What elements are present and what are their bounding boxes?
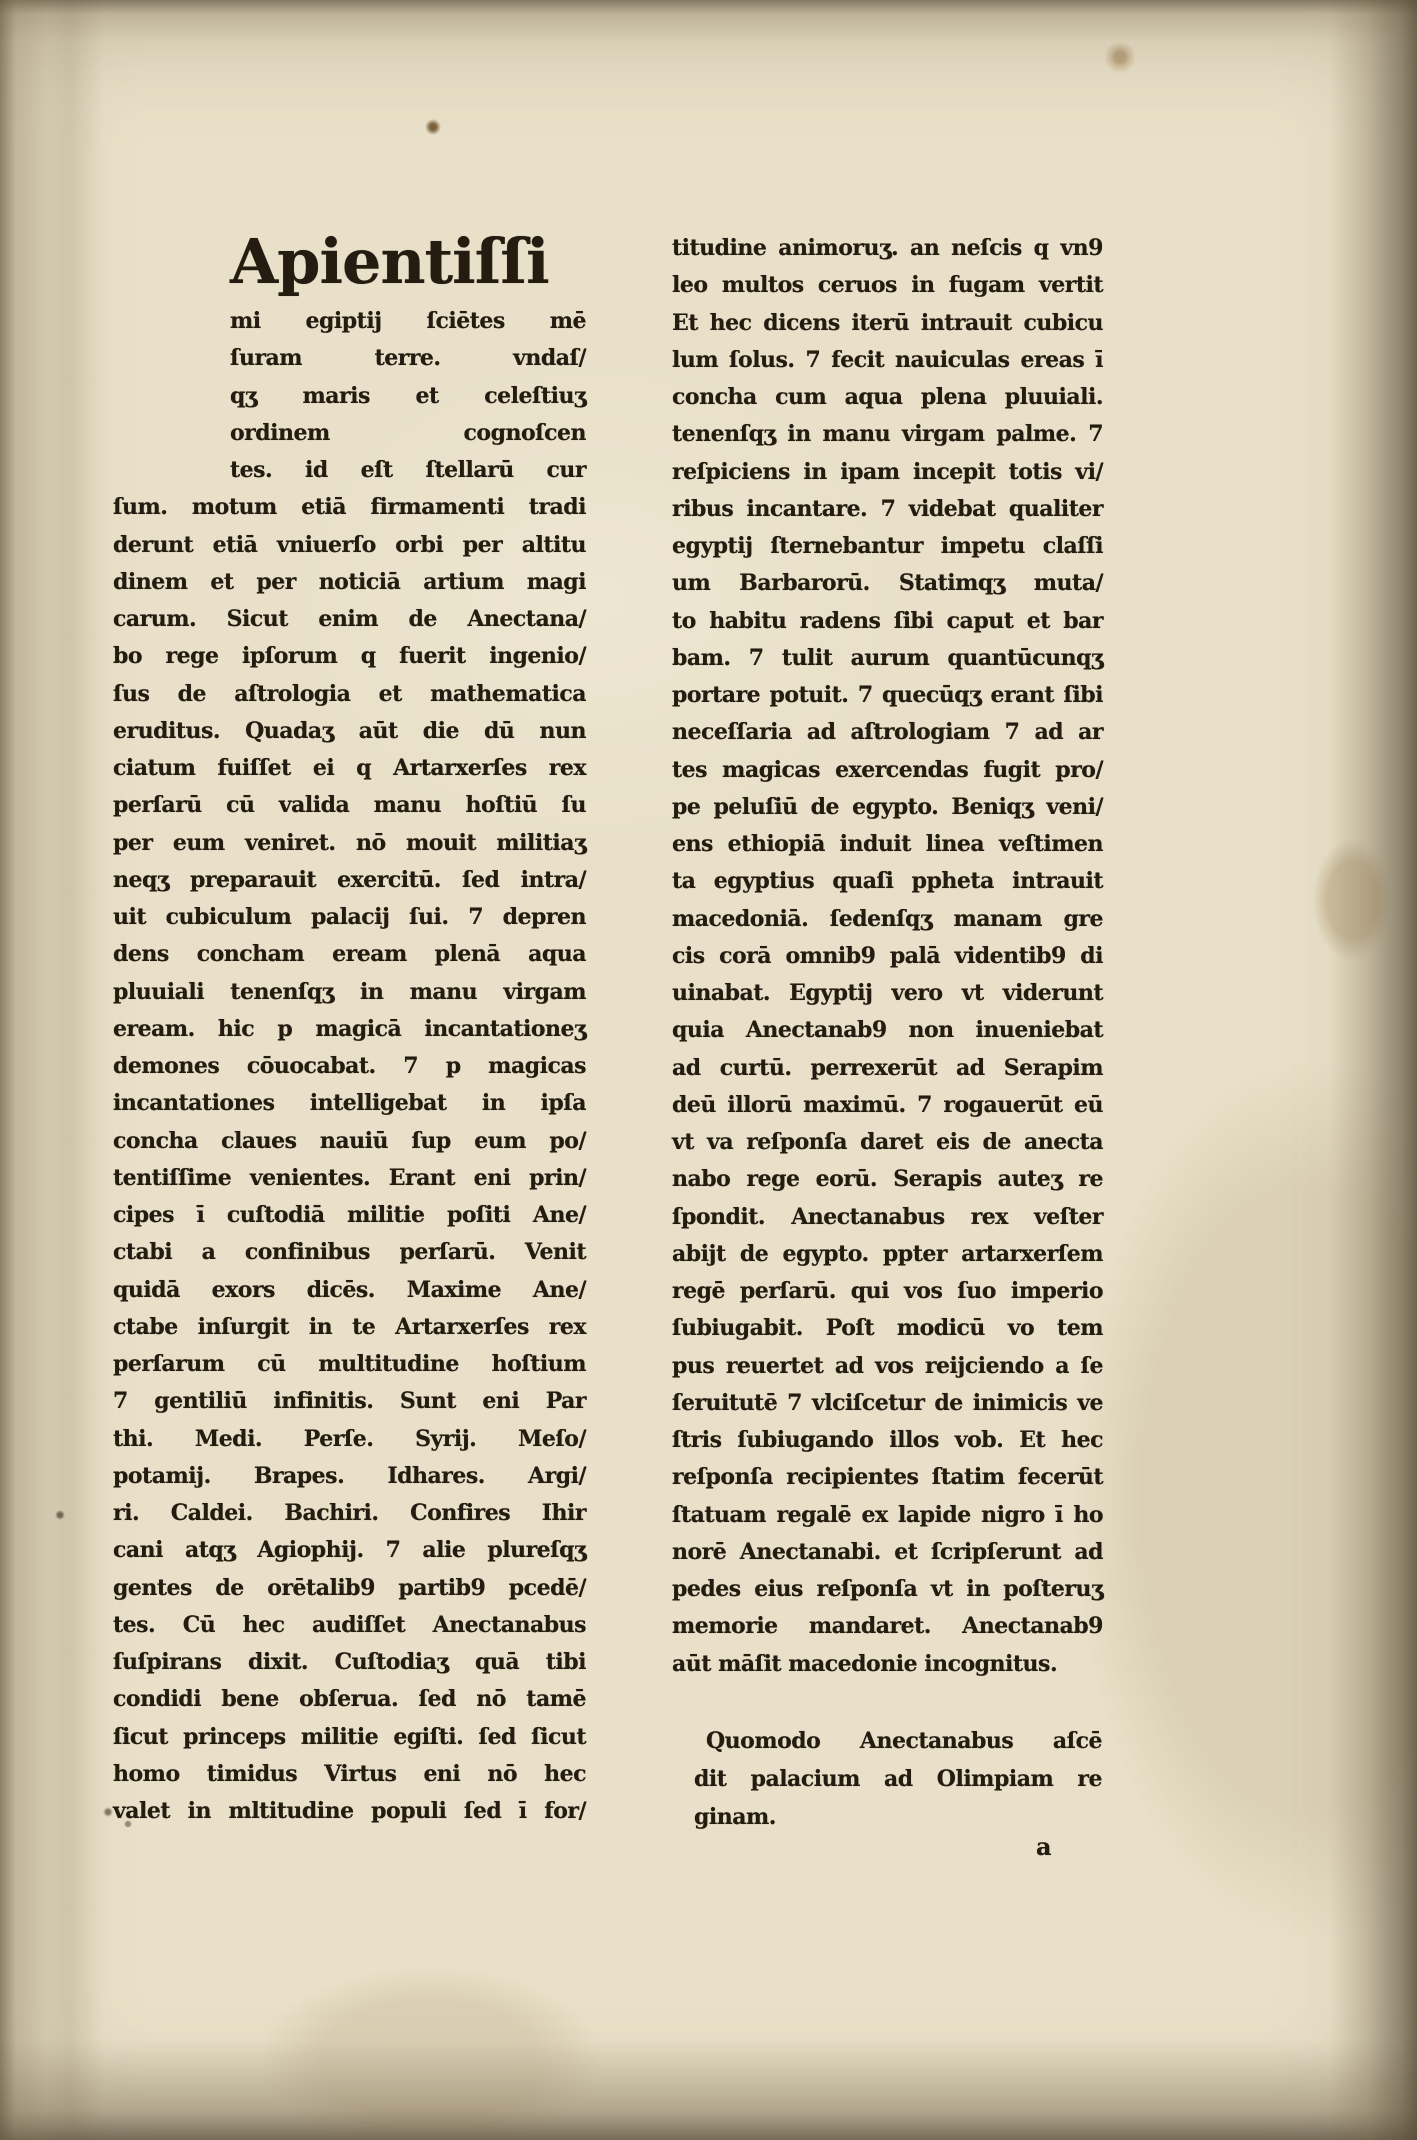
text-line: demones cōuocabat. 7 p magicas — [113, 1048, 586, 1085]
text-line: bo rege ipſorum q fuerit ingenio/ — [113, 638, 586, 675]
text-line: dens concham eream plenā aqua — [113, 936, 586, 973]
text-line: pedes eius reſponſa vt in poſteruʒ — [672, 1571, 1103, 1608]
text-line: ctabi a confinibus perſarū. Venit — [113, 1234, 586, 1271]
text-line: ta egyptius quaſi ppheta intrauit — [672, 863, 1103, 900]
text-line: egyptij ſternebantur impetu claſſi — [672, 528, 1103, 565]
chapter-rubric: Quomodo Anectanabus aſcē dit palacium ad… — [694, 1722, 1102, 1836]
text-line: tenenſqʒ in manu virgam palme. 7 — [672, 416, 1103, 453]
text-line: ordinem cognoſcen — [113, 415, 586, 452]
text-line: condidi bene obſerua. ſed nō tamē — [113, 1681, 586, 1718]
text-line: ſeruitutē 7 vlciſcetur de inimicis ve — [672, 1385, 1103, 1422]
text-line: lum ſolus. 7 fecit nauiculas ereas ī — [672, 342, 1103, 379]
text-line: aūt māſit macedonie incognitus. — [672, 1646, 1103, 1683]
text-line: perſarum cū multitudine hoſtium — [113, 1346, 586, 1383]
text-line: cis corā omnib9 palā videntib9 di — [672, 938, 1103, 975]
text-line: quia Anectanab9 non inueniebat — [672, 1012, 1103, 1049]
text-line: ſuſpirans dixit. Cuſtodiaʒ quā tibi — [113, 1644, 586, 1681]
text-line: ſubiugabit. Poſt modicū vo tem — [672, 1310, 1103, 1347]
text-line: tes magicas exercendas fugit pro/ — [672, 752, 1103, 789]
text-line: concha cum aqua plena pluuiali. — [672, 379, 1103, 416]
text-line: ctabe inſurgit in te Artarxerſes rex — [113, 1309, 586, 1346]
text-line: perſarū cū valida manu hoſtiū ſu — [113, 787, 586, 824]
text-line: ri. Caldei. Bachiri. Confires Ihir — [113, 1495, 586, 1532]
text-line: 7 gentiliū infinitis. Sunt eni Par — [113, 1383, 586, 1420]
text-line: pluuiali tenenſqʒ in manu virgam — [113, 974, 586, 1011]
text-line: ad curtū. perrexerūt ad Serapim — [672, 1050, 1103, 1087]
text-line: tentiſſime venientes. Erant eni prin/ — [113, 1160, 586, 1197]
rubric-line: Quomodo Anectanabus aſcē — [694, 1722, 1102, 1760]
text-line: leo multos ceruos in fugam vertit — [672, 267, 1103, 304]
text-line: quidā exors dicēs. Maxime Ane/ — [113, 1272, 586, 1309]
text-line: ſus de aſtrologia et mathematica — [113, 676, 586, 713]
text-line: um Barbarorū. Statimqʒ muta/ — [672, 565, 1103, 602]
text-line: bam. 7 tulit aurum quantūcunqʒ — [672, 640, 1103, 677]
text-line: abijt de egypto. ppter artarxerſem — [672, 1236, 1103, 1273]
text-line: ſuram terre. vndaſ/ — [113, 340, 586, 377]
text-line: norē Anectanabi. et ſcripſerunt ad — [672, 1534, 1103, 1571]
text-line: vt va reſponſa daret eis de anecta — [672, 1124, 1103, 1161]
text-column-left: Apientiſſi mi egiptij ſciētes mē ſuram t… — [113, 225, 586, 1830]
text-line: valet in mltitudine populi ſed ī for/ — [113, 1793, 586, 1830]
text-line: reſponſa recipientes ſtatim fecerūt — [672, 1459, 1103, 1496]
text-line: to habitu radens ſibi caput et bar — [672, 603, 1103, 640]
text-line: uinabat. Egyptij vero vt viderunt — [672, 975, 1103, 1012]
text-line: eream. hic p magicā incantationeʒ — [113, 1011, 586, 1048]
opening-word: Apientiſſi — [113, 225, 586, 303]
text-line: incantationes intelligebat in ipſa — [113, 1085, 586, 1122]
signature-mark: a — [1036, 1832, 1051, 1862]
page-photo: Apientiſſi mi egiptij ſciētes mē ſuram t… — [0, 0, 1417, 2140]
text-line: ſum. motum etiā firmamenti tradi — [113, 489, 586, 526]
text-line: concha claues nauiū ſup eum po/ — [113, 1123, 586, 1160]
text-line: regē perſarū. qui vos ſuo imperio — [672, 1273, 1103, 1310]
text-line: cipes ī cuſtodiā militie poſiti Ane/ — [113, 1197, 586, 1234]
text-line: portare potuit. 7 quecūqʒ erant ſibi — [672, 677, 1103, 714]
text-line: derunt etiā vniuerſo orbi per altitu — [113, 527, 586, 564]
book-page: Apientiſſi mi egiptij ſciētes mē ſuram t… — [0, 0, 1417, 2140]
text-line: ſtatuam regalē ex lapide nigro ī ho — [672, 1497, 1103, 1534]
text-line: neqʒ preparauit exercitū. ſed intra/ — [113, 862, 586, 899]
text-line: thi. Medi. Perſe. Syrij. Meſo/ — [113, 1421, 586, 1458]
text-line: pus reuertet ad vos reijciendo a ſe — [672, 1348, 1103, 1385]
text-line: cani atqʒ Agiophij. 7 alie plureſqʒ — [113, 1532, 586, 1569]
rubric-line: dit palacium ad Olimpiam re — [694, 1760, 1102, 1798]
text-line: deū illorū maximū. 7 rogauerūt eū — [672, 1087, 1103, 1124]
text-line: homo timidus Virtus eni nō hec — [113, 1756, 586, 1793]
text-line: nabo rege eorū. Serapis auteʒ re — [672, 1161, 1103, 1198]
text-column-right: titudine animoruʒ. an neſcis q vn9 leo m… — [672, 230, 1103, 1683]
text-line: ſpondit. Anectanabus rex veſter — [672, 1199, 1103, 1236]
text-line: per eum veniret. nō mouit militiaʒ — [113, 825, 586, 862]
text-line: ribus incantare. 7 videbat qualiter — [672, 491, 1103, 528]
text-line: potamij. Brapes. Idhares. Argi/ — [113, 1458, 586, 1495]
text-line: carum. Sicut enim de Anectana/ — [113, 601, 586, 638]
text-line: ſicut princeps militie egiſti. ſed ſicut — [113, 1719, 586, 1756]
text-line: neceſſaria ad aſtrologiam 7 ad ar — [672, 714, 1103, 751]
text-line: reſpiciens in ipam incepit totis vi/ — [672, 454, 1103, 491]
text-line: ciatum fuiſſet ei q Artarxerſes rex — [113, 750, 586, 787]
text-line: titudine animoruʒ. an neſcis q vn9 — [672, 230, 1103, 267]
text-line: pe peluſiū de egypto. Beniqʒ veni/ — [672, 789, 1103, 826]
text-line: uit cubiculum palacij ſui. 7 depren — [113, 899, 586, 936]
text-line: tes. id eſt ſtellarū cur — [113, 452, 586, 489]
text-line: tes. Cū hec audiſſet Anectanabus — [113, 1607, 586, 1644]
text-line: ens ethiopiā induit linea veſtimen — [672, 826, 1103, 863]
text-line: macedoniā. ſedenſqʒ manam gre — [672, 901, 1103, 938]
rubric-line: ginam. — [694, 1798, 1102, 1836]
text-line: eruditus. Quadaʒ aūt die dū nun — [113, 713, 586, 750]
text-line: qʒ maris et celeſtiuʒ — [113, 378, 586, 415]
text-line: Et hec dicens iterū intrauit cubicu — [672, 305, 1103, 342]
text-line: gentes de orētalib9 partib9 pcedē/ — [113, 1570, 586, 1607]
text-line: dinem et per noticiā artium magi — [113, 564, 586, 601]
text-line: memorie mandaret. Anectanab9 — [672, 1608, 1103, 1645]
text-line: ſtris ſubiugando illos vob. Et hec — [672, 1422, 1103, 1459]
text-line: mi egiptij ſciētes mē — [113, 303, 586, 340]
